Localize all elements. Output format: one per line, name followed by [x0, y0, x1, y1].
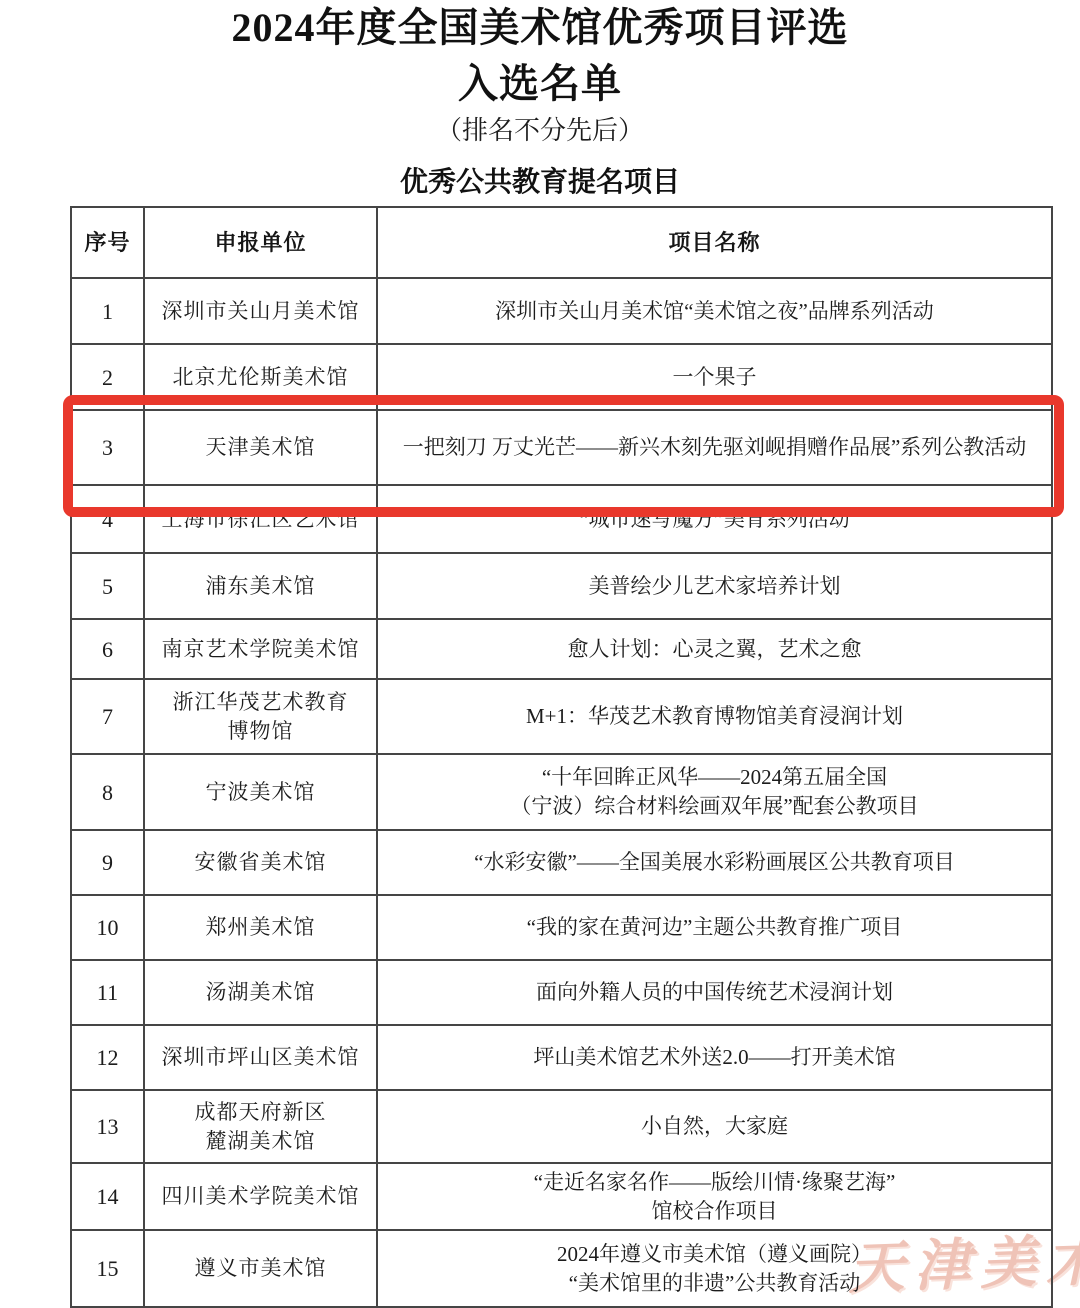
- org-name: 天津美术馆: [145, 411, 378, 484]
- project-name: 面向外籍人员的中国传统艺术浸润计划: [378, 961, 1051, 1024]
- table-row-7: 7浙江华茂艺术教育 博物馆M+1：华茂艺术教育博物馆美育浸润计划: [72, 680, 1051, 755]
- org-name: 郑州美术馆: [145, 896, 378, 959]
- org-name: 安徽省美术馆: [145, 831, 378, 894]
- table-row-14: 14四川美术学院美术馆“走近名家名作——版绘川情·缘聚艺海” 馆校合作项目: [72, 1164, 1051, 1231]
- row-number: 12: [72, 1026, 145, 1089]
- row-number: 3: [72, 411, 145, 484]
- table-row-5: 5浦东美术馆美普绘少儿艺术家培养计划: [72, 554, 1051, 620]
- page-title-line2: 入选名单: [0, 58, 1080, 110]
- project-name: 坪山美术馆艺术外送2.0——打开美术馆: [378, 1026, 1051, 1089]
- table-header-row: 序号 申报单位 项目名称: [72, 208, 1051, 279]
- table-row-11: 11汤湖美术馆面向外籍人员的中国传统艺术浸润计划: [72, 961, 1051, 1026]
- ranking-note: （排名不分先后）: [0, 114, 1080, 148]
- table-row-13: 13成都天府新区 麓湖美术馆小自然，大家庭: [72, 1091, 1051, 1164]
- project-name: “十年回眸正风华——2024第五届全国 （宁波）综合材料绘画双年展”配套公教项目: [378, 755, 1051, 829]
- table-row-2: 2北京尤伦斯美术馆一个果子: [72, 345, 1051, 411]
- row-number: 6: [72, 620, 145, 678]
- section-title: 优秀公共教育提名项目: [0, 164, 1080, 200]
- org-name: 成都天府新区 麓湖美术馆: [145, 1091, 378, 1162]
- row-number: 11: [72, 961, 145, 1024]
- column-header-project: 项目名称: [378, 208, 1051, 277]
- project-name: “走近名家名作——版绘川情·缘聚艺海” 馆校合作项目: [378, 1164, 1051, 1229]
- org-name: 宁波美术馆: [145, 755, 378, 829]
- org-name: 四川美术学院美术馆: [145, 1164, 378, 1229]
- project-name: 美普绘少儿艺术家培养计划: [378, 554, 1051, 618]
- table-row-9: 9安徽省美术馆“水彩安徽”——全国美展水彩粉画展区公共教育项目: [72, 831, 1051, 896]
- table-row-12: 12深圳市坪山区美术馆坪山美术馆艺术外送2.0——打开美术馆: [72, 1026, 1051, 1091]
- org-name: 浙江华茂艺术教育 博物馆: [145, 680, 378, 753]
- row-number: 8: [72, 755, 145, 829]
- row-number: 5: [72, 554, 145, 618]
- row-number: 9: [72, 831, 145, 894]
- table-row-6: 6南京艺术学院美术馆愈人计划：心灵之翼，艺术之愈: [72, 620, 1051, 680]
- table-row-3: 3天津美术馆一把刻刀 万丈光芒——新兴木刻先驱刘岘捐赠作品展”系列公教活动: [72, 411, 1051, 486]
- project-name: 一个果子: [378, 345, 1051, 409]
- page-title-line1: 2024年度全国美术馆优秀项目评选: [0, 2, 1080, 54]
- document-page: 2024年度全国美术馆优秀项目评选 入选名单 （排名不分先后） 优秀公共教育提名…: [0, 0, 1080, 1308]
- column-header-index: 序号: [72, 208, 145, 277]
- table-row-10: 10郑州美术馆“我的家在黄河边”主题公共教育推广项目: [72, 896, 1051, 961]
- row-number: 15: [72, 1231, 145, 1306]
- project-name: 一把刻刀 万丈光芒——新兴木刻先驱刘岘捐赠作品展”系列公教活动: [378, 411, 1051, 484]
- column-header-organization: 申报单位: [145, 208, 378, 277]
- row-number: 10: [72, 896, 145, 959]
- project-name: 愈人计划：心灵之翼，艺术之愈: [378, 620, 1051, 678]
- row-number: 13: [72, 1091, 145, 1162]
- project-name: 深圳市关山月美术馆“美术馆之夜”品牌系列活动: [378, 279, 1051, 343]
- org-name: 遵义市美术馆: [145, 1231, 378, 1306]
- org-name: 北京尤伦斯美术馆: [145, 345, 378, 409]
- project-name: “城市速写魔方”美育系列活动: [378, 486, 1051, 552]
- row-number: 14: [72, 1164, 145, 1229]
- row-number: 7: [72, 680, 145, 753]
- project-name: 2024年遵义市美术馆（遵义画院） “美术馆里的非遗”公共教育活动: [378, 1231, 1051, 1306]
- org-name: 浦东美术馆: [145, 554, 378, 618]
- org-name: 上海市徐汇区艺术馆: [145, 486, 378, 552]
- table-row-4: 4上海市徐汇区艺术馆“城市速写魔方”美育系列活动: [72, 486, 1051, 554]
- org-name: 深圳市关山月美术馆: [145, 279, 378, 343]
- project-name: M+1：华茂艺术教育博物馆美育浸润计划: [378, 680, 1051, 753]
- org-name: 深圳市坪山区美术馆: [145, 1026, 378, 1089]
- projects-table: 序号 申报单位 项目名称 1深圳市关山月美术馆深圳市关山月美术馆“美术馆之夜”品…: [70, 206, 1053, 1308]
- project-name: “水彩安徽”——全国美展水彩粉画展区公共教育项目: [378, 831, 1051, 894]
- table-row-15: 15遵义市美术馆2024年遵义市美术馆（遵义画院） “美术馆里的非遗”公共教育活…: [72, 1231, 1051, 1308]
- row-number: 2: [72, 345, 145, 409]
- project-name: “我的家在黄河边”主题公共教育推广项目: [378, 896, 1051, 959]
- org-name: 汤湖美术馆: [145, 961, 378, 1024]
- table-row-1: 1深圳市关山月美术馆深圳市关山月美术馆“美术馆之夜”品牌系列活动: [72, 279, 1051, 345]
- project-name: 小自然，大家庭: [378, 1091, 1051, 1162]
- row-number: 1: [72, 279, 145, 343]
- org-name: 南京艺术学院美术馆: [145, 620, 378, 678]
- row-number: 4: [72, 486, 145, 552]
- table-row-8: 8宁波美术馆“十年回眸正风华——2024第五届全国 （宁波）综合材料绘画双年展”…: [72, 755, 1051, 831]
